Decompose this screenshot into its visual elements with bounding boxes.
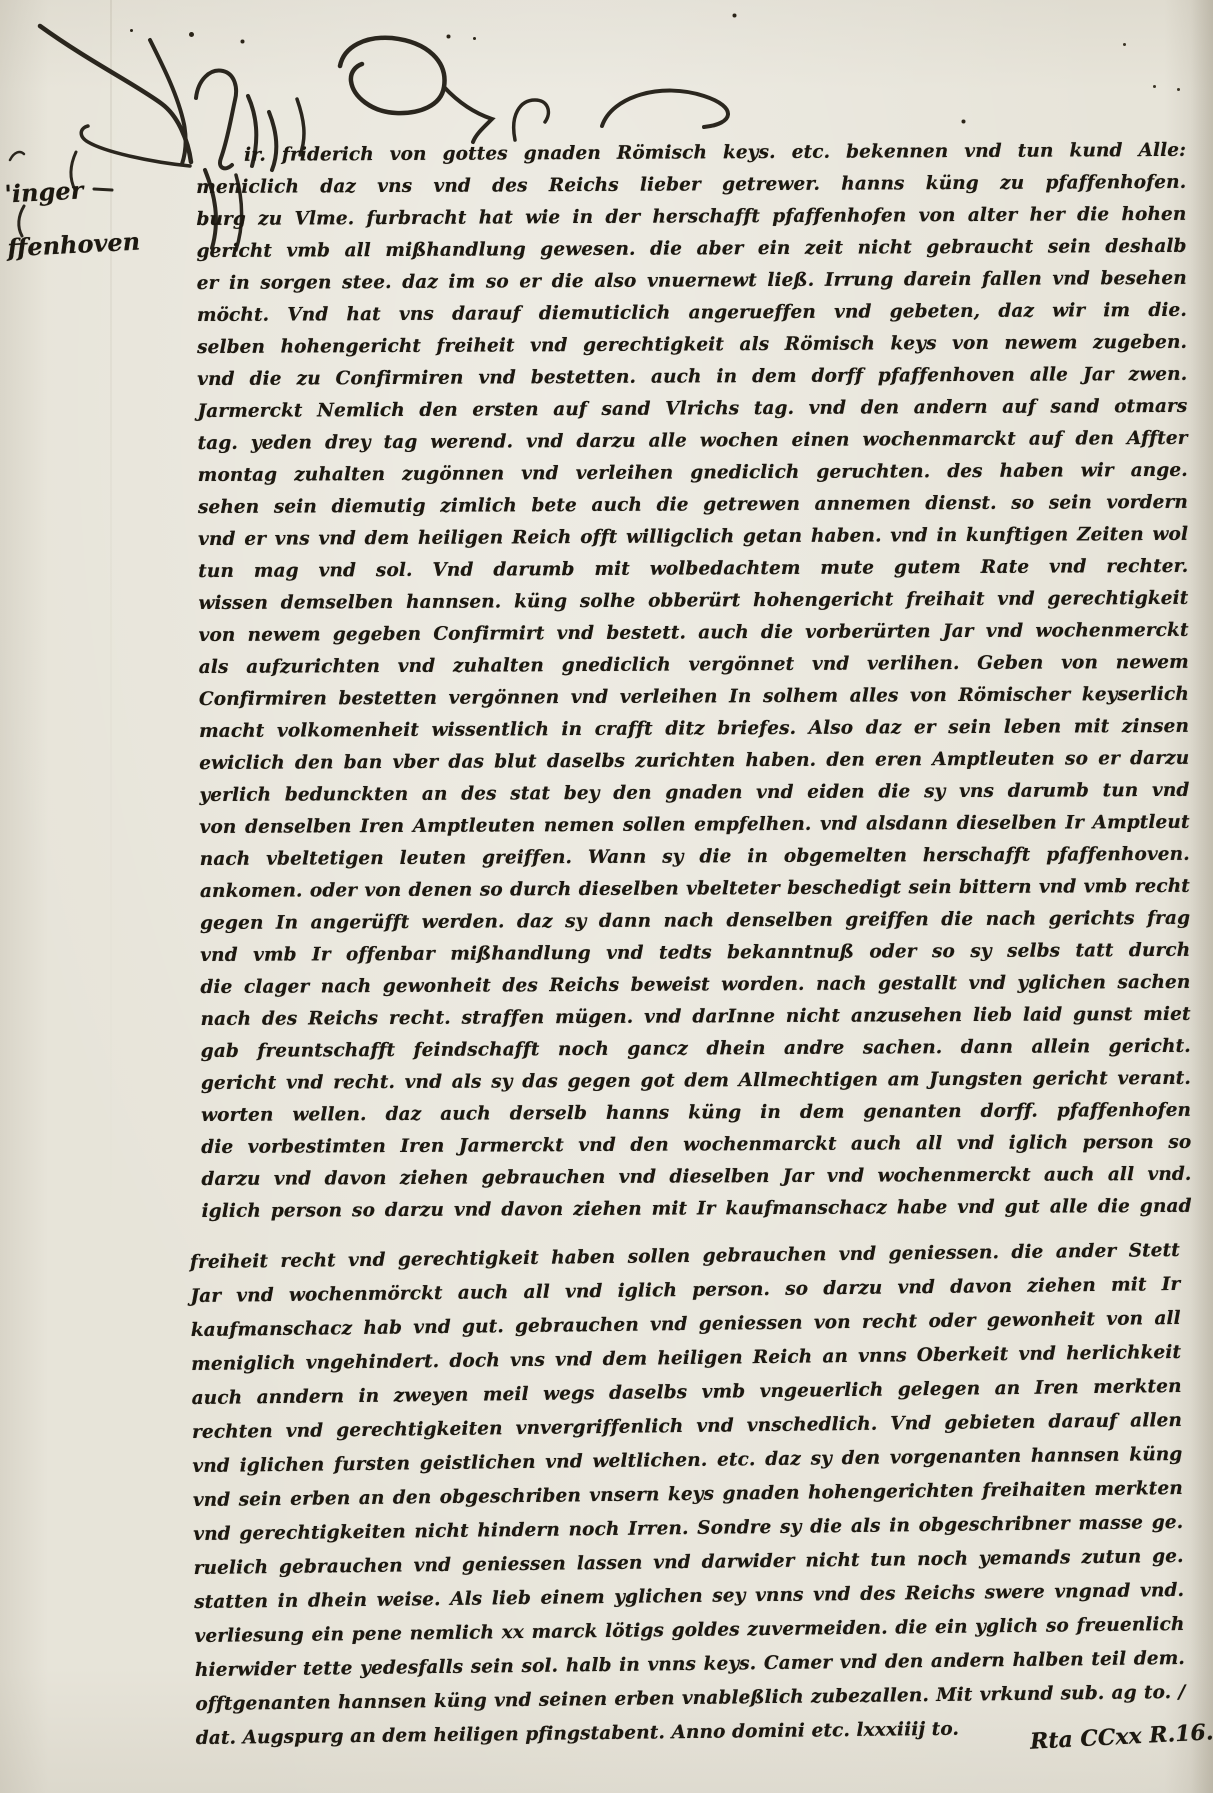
manuscript-text-line: tun mag vnd sol. Vnd darumb mit wolbedac… [198,551,1188,588]
manuscript-text-line: die clager nach gewonheit des Reichs bew… [200,967,1190,1004]
manuscript-text-line: ir. friderich von gottes gnaden Römisch … [196,135,1186,172]
margin-note: 'inger ffenhoven [3,161,141,276]
manuscript-text-line: gericht vnd recht. vnd als sy das gegen … [201,1063,1191,1100]
manuscript-text-line: nach vbeltetigen leuten greiffen. Wann s… [200,839,1190,876]
manuscript-text-line: darzu vnd davon ziehen gebrauchen vnd di… [201,1159,1191,1196]
manuscript-text-line: nach des Reichs recht. straffen mügen. v… [201,999,1191,1036]
manuscript-text-line: wissen demselben hannsen. küng solhe obb… [198,583,1188,620]
manuscript-text-line: burg zu Vlme. furbracht hat wie in der h… [196,199,1186,236]
margin-note-line: ffenhoven [6,215,141,276]
margin-note-line: 'inger [3,161,138,222]
manuscript-text-line: ankomen. oder von denen so durch dieselb… [200,871,1190,908]
manuscript-text-line: yerlich bedunckten an des stat bey den g… [199,775,1189,812]
manuscript-text-line: montag zuhalten zugönnen vnd verleihen g… [198,455,1188,492]
manuscript-text-line: iglich person so darzu vnd davon ziehen … [202,1191,1192,1228]
charter-text-block-lower: freiheit recht vnd gerechtigkeit haben s… [190,1234,1186,1756]
manuscript-text-line: vnd die zu Confirmiren vnd bestetten. au… [197,359,1187,396]
manuscript-text-line: er in sorgen stee. daz im so er die also… [197,263,1187,300]
manuscript-text-line: gericht vmb all mißhandlung gewesen. die… [197,231,1187,268]
manuscript-text-line: vnd vmb Ir offenbar mißhandlung vnd tedt… [200,935,1190,972]
manuscript-text-line: die vorbestimten Iren Jarmerckt vnd den … [201,1127,1191,1164]
manuscript-text-line: von denselben Iren Amptleuten nemen soll… [200,807,1190,844]
manuscript-text-line: vnd er vns vnd dem heiligen Reich offt w… [198,519,1188,556]
manuscript-text-line: selben hohengericht freiheit vnd gerecht… [197,327,1187,364]
manuscript-text-line: worten wellen. daz auch derselb hanns kü… [201,1095,1191,1132]
manuscript-text-line: tag. yeden drey tag werend. vnd darzu al… [198,423,1188,460]
charter-text-block-upper: ir. friderich von gottes gnaden Römisch … [196,135,1192,1228]
manuscript-text-line: gab freuntschafft feindschafft noch ganc… [201,1031,1191,1068]
manuscript-text-line: ewiclich den ban vber das blut daselbs z… [199,743,1189,780]
manuscript-text-line: gegen In angerüfft werden. daz sy dann n… [200,903,1190,940]
manuscript-text-line: möcht. Vnd hat vns darauf diemuticlich a… [197,295,1187,332]
manuscript-text-line: Confirmiren bestetten vergönnen vnd verl… [199,679,1189,716]
manuscript-text-line: Jarmerckt Nemlich den ersten auf sand Vl… [197,391,1187,428]
manuscript-text-line: als aufzurichten vnd zuhalten gnediclich… [199,647,1189,684]
manuscript-text-line: sehen sein diemutig zimlich bete auch di… [198,487,1188,524]
manuscript-text-line: macht volkomenheit wissentlich in crafft… [199,711,1189,748]
manuscript-text-line: von newem gegeben Confirmirt vnd bestett… [199,615,1189,652]
manuscript-text-line: meniclich daz vns vnd des Reichs lieber … [196,167,1186,204]
manuscript-page: 'inger ffenhoven ir. friderich von gotte… [0,0,1213,1793]
